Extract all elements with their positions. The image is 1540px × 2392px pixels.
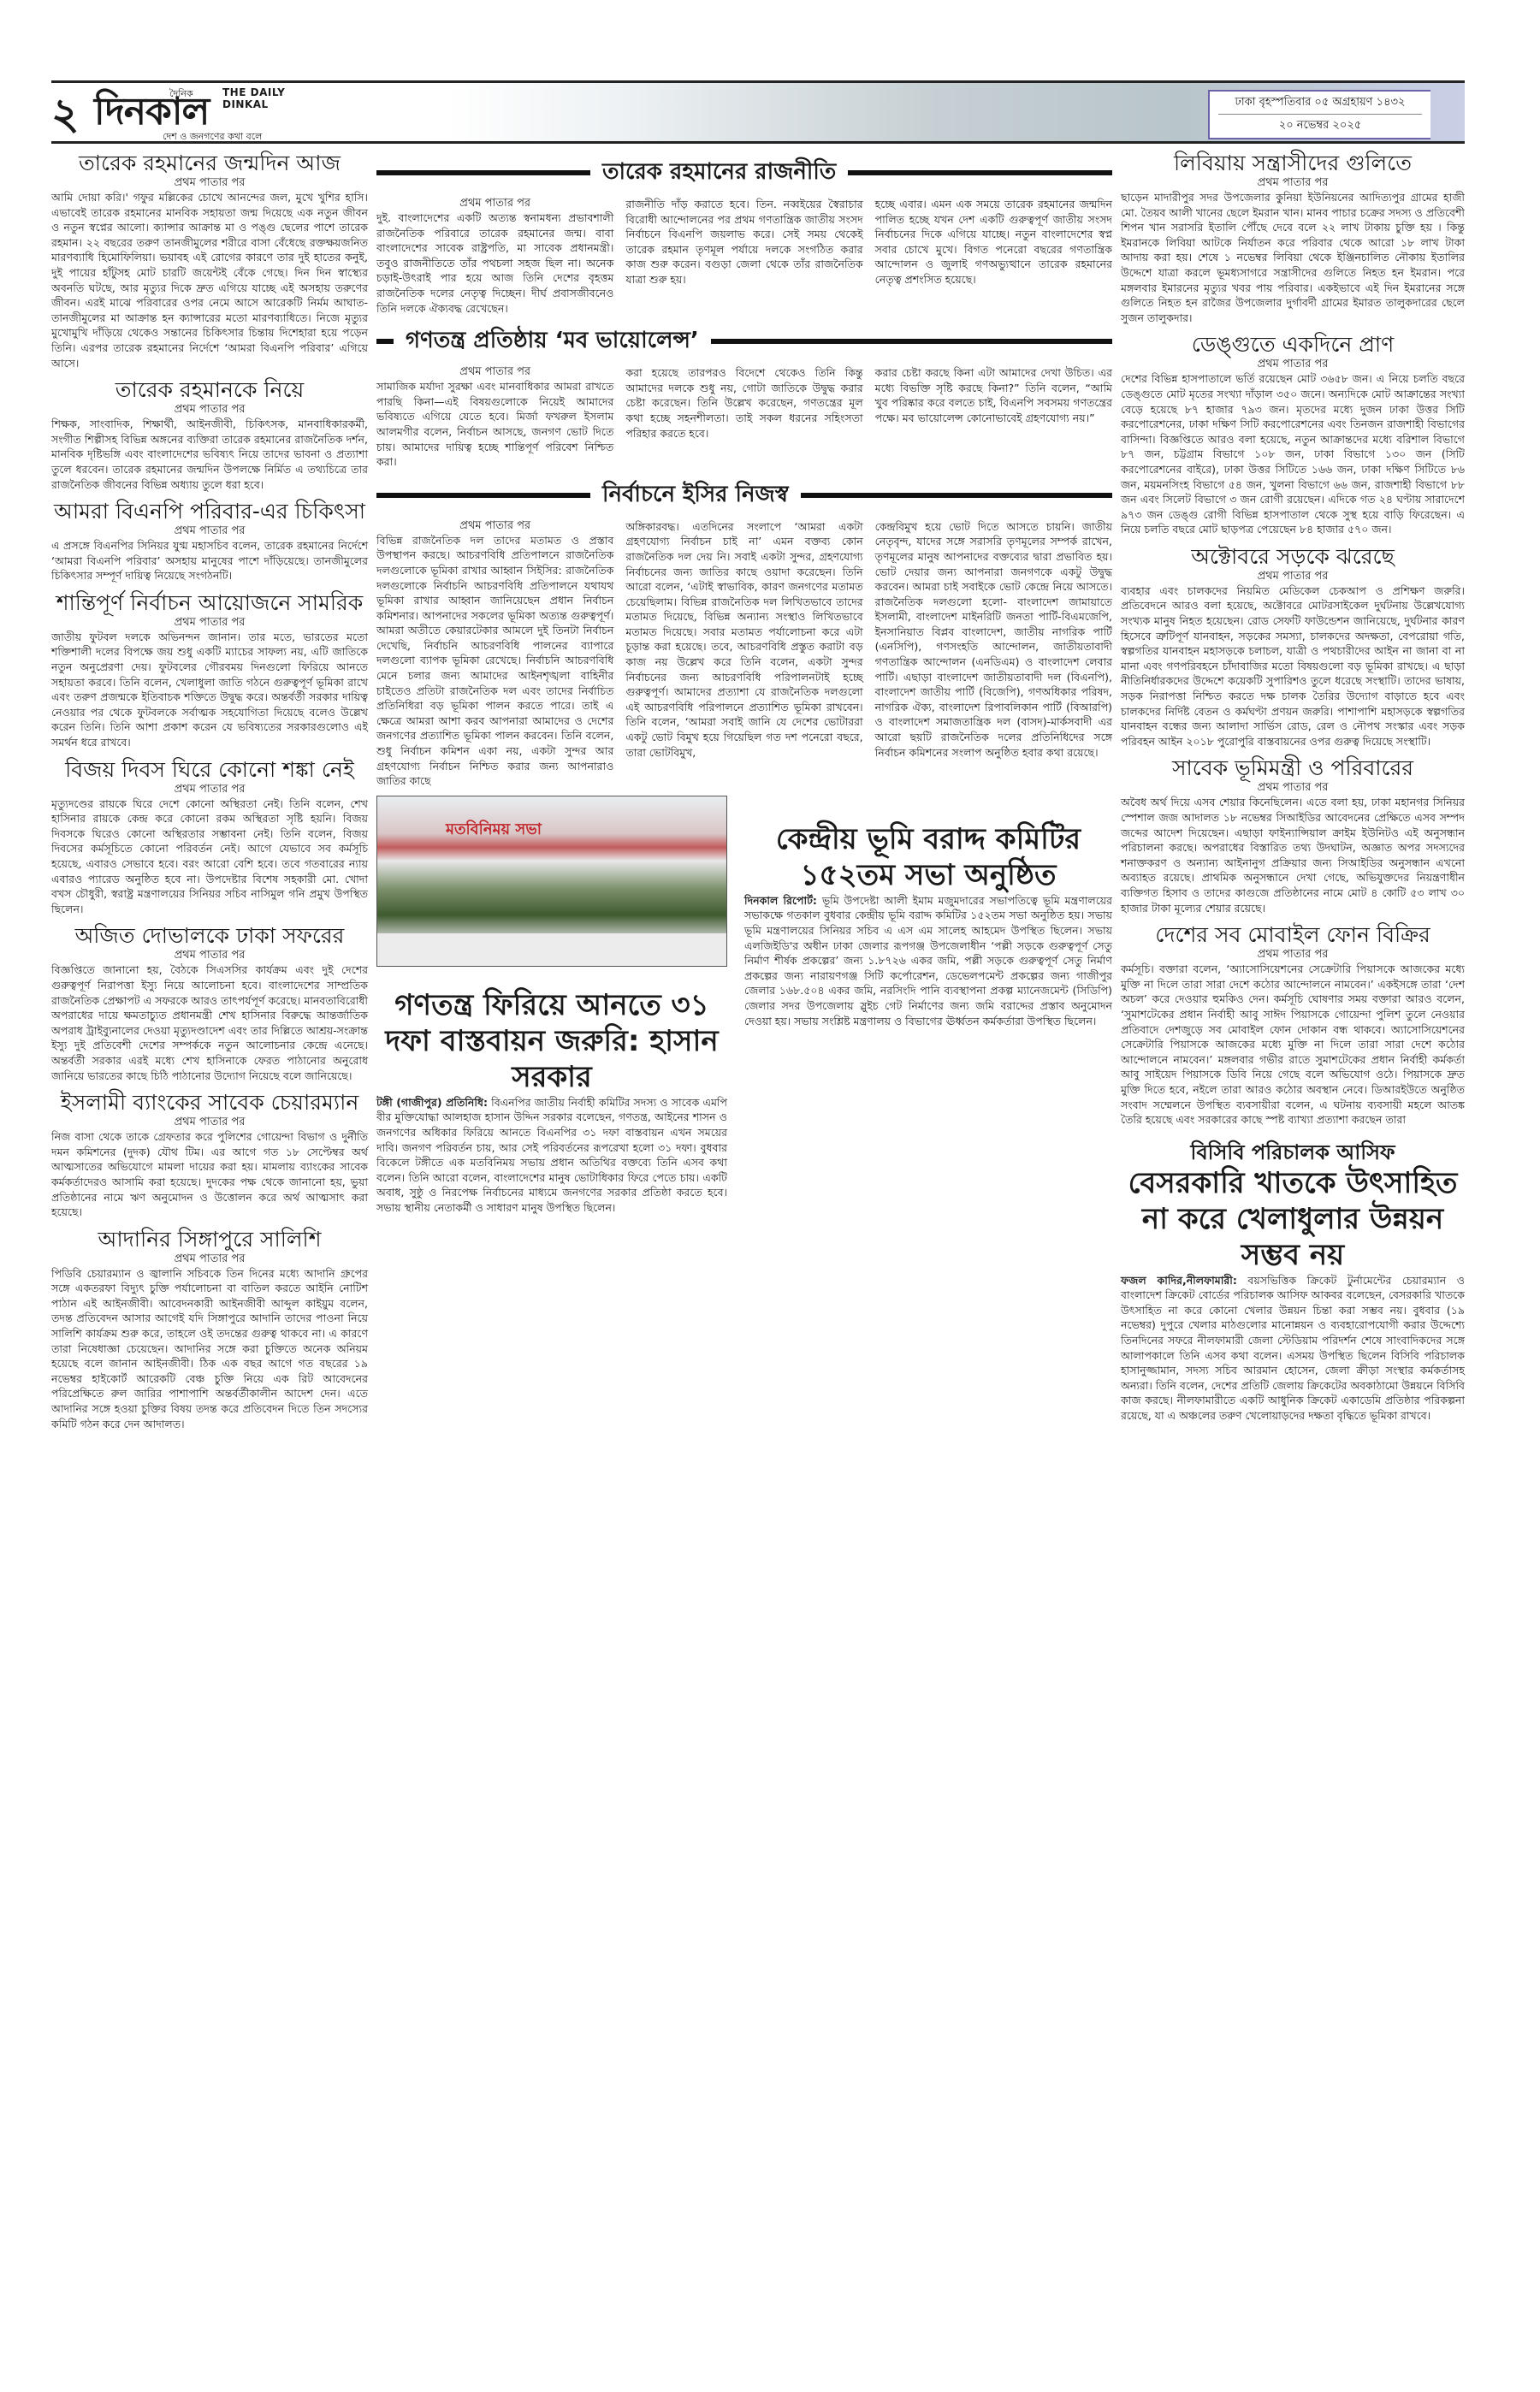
- headline-row: তারেক রহমানের রাজনীতি: [376, 154, 1112, 192]
- story-tarique-documentary: তারেক রহমানকে নিয়ে প্রথম পাতার পর শিক্ষ…: [51, 377, 368, 492]
- logo-english-text: THE DAILY DINKAL: [222, 86, 291, 110]
- newspaper-logo[interactable]: দৈনিক THE DAILY DINKAL দিনকাল দেশ ও জনগণ…: [94, 85, 291, 143]
- column-left: তারেক রহমানের জন্মদিন আজ প্রথম পাতার পর …: [51, 151, 368, 1438]
- story-column: অঙ্গিকারবদ্ধ। এতদিনের সংলাপে ‘আমরা একটা …: [625, 519, 862, 789]
- divider: [801, 493, 1112, 498]
- column-center: তারেক রহমানের রাজনীতি প্রথম পাতার পর দুই…: [376, 151, 1112, 1223]
- story-text: বয়সভিত্তিক ক্রিকেট টুর্নামেন্টের চেয়ার…: [1121, 1274, 1465, 1422]
- jump-label: প্রথম পাতার পর: [51, 524, 368, 538]
- jump-label: প্রথম পাতার পর: [1121, 781, 1465, 795]
- story-body: আমি দোয়া করি।' গফুর মল্লিকের চোখে আনন্দ…: [51, 190, 368, 370]
- column-text: দুই. বাংলাদেশের একটি অত্যন্ত স্বনামধন্য …: [376, 210, 613, 316]
- story-body: পিডিবি চেয়ারম্যান ও জ্বালানি সচিবকে তিন…: [51, 1266, 368, 1432]
- story-body: এ প্রসঙ্গে বিএনপির সিনিয়র যুগ্ম মহাসচিব…: [51, 538, 368, 583]
- masthead: ২ দৈনিক THE DAILY DINKAL দিনকাল দেশ ও জন…: [51, 80, 1465, 144]
- logo-tagline: দেশ ও জনগণের কথা বলে: [163, 129, 262, 145]
- story-column: করার চেষ্টা করছে কিনা এটা আমাদের দেখা উচ…: [875, 365, 1112, 470]
- dateline: টঙ্গী (গাজীপুর) প্রতিনিধি:: [376, 1096, 488, 1109]
- story-body: অবৈধ অর্থ দিয়ে এসব শেয়ার কিনেছিলেন। এত…: [1121, 795, 1465, 915]
- story-body: ব্যবহার এবং চালকদের নিয়মিত মেডিকেল চেকআ…: [1121, 583, 1465, 749]
- story-body: বিজ্ঞপ্তিতে জানানো হয়, বৈঠকে সিএসসির কা…: [51, 962, 368, 1083]
- story-body: মৃত্যুদণ্ডের রায়কে ঘিরে দেশে কোনো অস্থি…: [51, 796, 368, 917]
- story-land-committee: কেন্দ্রীয় ভূমি বরাদ্দ কমিটির ১৫২তম সভা …: [744, 821, 1112, 1216]
- story-body: ছাড়েন মাদারীপুর সদর উপজেলার কুনিয়া ইউন…: [1121, 190, 1465, 325]
- story-tarique-politics: তারেক রহমানের রাজনীতি প্রথম পাতার পর দুই…: [376, 154, 1112, 316]
- headline[interactable]: বিজয় দিবস ঘিরে কোনো শঙ্কা নেই: [51, 757, 368, 783]
- headline[interactable]: আদানির সিঙ্গাপুরে সালিশি: [51, 1227, 368, 1252]
- jump-label: প্রথম পাতার পর: [51, 616, 368, 630]
- story-dengue: ডেঙ্গুতে একদিনে প্রাণ প্রথম পাতার পর দেশ…: [1121, 332, 1465, 537]
- story-bnp-family-treatment: আমরা বিএনপি পরিবার-এর চিকিৎসা প্রথম পাতা…: [51, 499, 368, 583]
- jump-label: প্রথম পাতার পর: [51, 783, 368, 796]
- date-bangla: ঢাকা বৃহস্পতিবার ০৫ অগ্রহায়ণ ১৪৩২: [1218, 92, 1422, 115]
- headline[interactable]: গণতন্ত্র ফিরিয়ে আনতে ৩১ দফা বাস্তবায়ন …: [376, 987, 727, 1095]
- column-right: লিবিয়ায় সন্ত্রাসীদের গুলিতে প্রথম পাতা…: [1121, 151, 1465, 1430]
- logo-main-text: দিনকাল: [94, 92, 209, 133]
- story-column: প্রথম পাতার পর বিভিন্ন রাজনৈতিক দল তাদের…: [376, 519, 613, 789]
- divider: [711, 339, 1112, 344]
- story-text: ভূমি উপদেষ্টা আলী ইমাম মজুমদারের সভাপতিত…: [744, 894, 1112, 1027]
- divider: [376, 493, 590, 498]
- jump-label: প্রথম পাতার পর: [51, 949, 368, 962]
- jump-label: প্রথম পাতার পর: [51, 1116, 368, 1129]
- story-tarique-birthday: তারেক রহমানের জন্মদিন আজ প্রথম পাতার পর …: [51, 151, 368, 370]
- jump-label: প্রথম পাতার পর: [1121, 176, 1465, 190]
- story-body: দেশের বিভিন্ন হাসপাতালে ভর্তি রয়েছেন মো…: [1121, 371, 1465, 537]
- story-ec-own: নির্বাচনে ইসির নিজস্ব প্রথম পাতার পর বিভ…: [376, 477, 1112, 789]
- headline[interactable]: তারেক রহমানের রাজনীতি: [602, 154, 836, 192]
- headline[interactable]: ডেঙ্গুতে একদিনে প্রাণ: [1121, 332, 1465, 358]
- dateline: ফজল কাদির,নীলফামারী:: [1121, 1274, 1237, 1287]
- jump-label: প্রথম পাতার পর: [376, 365, 613, 379]
- story-column: প্রথম পাতার পর সামাজিক মর্যাদা সুরক্ষা এ…: [376, 365, 613, 470]
- headline[interactable]: বেসরকারি খাতকে উৎসাহিত না করে খেলাধুলার …: [1121, 1165, 1465, 1273]
- headline[interactable]: গণতন্ত্র প্রতিষ্ঠায় ‘মব ভায়োলেন্স’: [406, 323, 699, 360]
- story-body: কর্মসূচি। বক্তারা বলেন, ‘অ্যাসোসিয়েশনের…: [1121, 962, 1465, 1128]
- jump-label: প্রথম পাতার পর: [376, 519, 613, 533]
- hasan-sarkar-block: মতবিনিময় সভা গণতন্ত্র ফিরিয়ে আনতে ৩১ দ…: [376, 796, 727, 1223]
- story-mobile-shops: দেশের সব মোবাইল ফোন বিক্রির প্রথম পাতার …: [1121, 922, 1465, 1128]
- story-hasan-sarkar: গণতন্ত্র ফিরিয়ে আনতে ৩১ দফা বাস্তবায়ন …: [376, 987, 727, 1216]
- story-body: নিজ বাসা থেকে তাকে গ্রেফতার করে পুলিশের …: [51, 1129, 368, 1220]
- headline[interactable]: আমরা বিএনপি পরিবার-এর চিকিৎসা: [51, 499, 368, 524]
- story-mob-violence: গণতন্ত্র প্রতিষ্ঠায় ‘মব ভায়োলেন্স’ প্র…: [376, 323, 1112, 470]
- story-bcb-asif: বিসিবি পরিচালক আসিফ বেসরকারি খাতকে উৎসাহ…: [1121, 1140, 1465, 1424]
- headline[interactable]: তারেক রহমানকে নিয়ে: [51, 377, 368, 403]
- story-text: বিএনপির জাতীয় নির্বাহী কমিটির সদস্য ও স…: [376, 1096, 727, 1214]
- story-body: শিক্ষক, সাংবাদিক, শিক্ষার্থী, আইনজীবী, চ…: [51, 417, 368, 492]
- story-road-accidents: অক্টোবরে সড়কে ঝরেছে প্রথম পাতার পর ব্যব…: [1121, 544, 1465, 749]
- headline[interactable]: সাবেক ভূমিমন্ত্রী ও পরিবারের: [1121, 755, 1465, 781]
- page-number: ২: [51, 88, 80, 139]
- headline[interactable]: কেন্দ্রীয় ভূমি বরাদ্দ কমিটির ১৫২তম সভা …: [744, 821, 1112, 893]
- divider: [376, 339, 394, 344]
- headline[interactable]: তারেক রহমানের জন্মদিন আজ: [51, 151, 368, 176]
- story-body: টঙ্গী (গাজীপুর) প্রতিনিধি: বিএনপির জাতীয…: [376, 1095, 727, 1216]
- jump-label: প্রথম পাতার পর: [376, 197, 613, 210]
- divider: [848, 170, 1112, 175]
- story-column: প্রথম পাতার পর দুই. বাংলাদেশের একটি অত্য…: [376, 197, 613, 316]
- story-islami-bank: ইসলামী ব্যাংকের সাবেক চেয়ারম্যান প্রথম …: [51, 1090, 368, 1220]
- kicker: বিসিবি পরিচালক আসিফ: [1121, 1140, 1465, 1165]
- news-photo[interactable]: মতবিনিময় সভা: [376, 796, 727, 967]
- jump-label: প্রথম পাতার পর: [1121, 570, 1465, 583]
- date-box: ঢাকা বৃহস্পতিবার ০৫ অগ্রহায়ণ ১৪৩২ ২০ নভ…: [1208, 90, 1430, 139]
- headline[interactable]: নির্বাচনে ইসির নিজস্ব: [602, 477, 789, 514]
- story-column: কেন্দ্রবিমুখ হয়ে ভোট দিতে আসতে চায়নি। …: [875, 519, 1112, 789]
- date-gregorian: ২০ নভেম্বর ২০২৫: [1210, 115, 1430, 137]
- story-body: ফজল কাদির,নীলফামারী: বয়সভিত্তিক ক্রিকেট…: [1121, 1273, 1465, 1424]
- column-text: বিভিন্ন রাজনৈতিক দল তাদের মতামত ও প্রস্ত…: [376, 533, 613, 789]
- jump-label: প্রথম পাতার পর: [1121, 358, 1465, 371]
- story-adani-arbitration: আদানির সিঙ্গাপুরে সালিশি প্রথম পাতার পর …: [51, 1227, 368, 1432]
- photo-banner-text: মতবিনিময় সভা: [446, 817, 542, 844]
- headline[interactable]: ইসলামী ব্যাংকের সাবেক চেয়ারম্যান: [51, 1090, 368, 1116]
- story-former-land-minister: সাবেক ভূমিমন্ত্রী ও পরিবারের প্রথম পাতার…: [1121, 755, 1465, 915]
- dateline: দিনকাল রিপোর্ট:: [744, 894, 817, 907]
- headline[interactable]: দেশের সব মোবাইল ফোন বিক্রির: [1121, 922, 1465, 948]
- jump-label: প্রথম পাতার পর: [51, 176, 368, 190]
- story-libya: লিবিয়ায় সন্ত্রাসীদের গুলিতে প্রথম পাতা…: [1121, 151, 1465, 325]
- headline-row: গণতন্ত্র প্রতিষ্ঠায় ‘মব ভায়োলেন্স’: [376, 323, 1112, 360]
- lower-center: মতবিনিময় সভা গণতন্ত্র ফিরিয়ে আনতে ৩১ দ…: [376, 796, 1112, 1223]
- headline[interactable]: লিবিয়ায় সন্ত্রাসীদের গুলিতে: [1121, 151, 1465, 176]
- story-victory-day: বিজয় দিবস ঘিরে কোনো শঙ্কা নেই প্রথম পাত…: [51, 757, 368, 917]
- headline[interactable]: অজিত দোভালকে ঢাকা সফরের: [51, 923, 368, 949]
- jump-label: প্রথম পাতার পর: [51, 403, 368, 417]
- story-column: রাজনীতি দাঁড় করাতে হবে। তিন. নব্বইয়ের …: [625, 197, 862, 316]
- jump-label: প্রথম পাতার পর: [1121, 948, 1465, 962]
- jump-label: প্রথম পাতার পর: [51, 1252, 368, 1266]
- newspaper-page: ২ দৈনিক THE DAILY DINKAL দিনকাল দেশ ও জন…: [51, 68, 1465, 2378]
- headline-row: নির্বাচনে ইসির নিজস্ব: [376, 477, 1112, 514]
- story-peaceful-election-military: শান্তিপূর্ণ নির্বাচন আয়োজনে সামরিক প্রথ…: [51, 590, 368, 750]
- headline[interactable]: অক্টোবরে সড়কে ঝরেছে: [1121, 544, 1465, 570]
- divider: [376, 170, 590, 175]
- story-column: হচ্ছে এবার। এমন এক সময়ে তারেক রহমানের জ…: [875, 197, 1112, 316]
- column-text: সামাজিক মর্যাদা সুরক্ষা এবং মানবাধিকার আ…: [376, 379, 613, 470]
- story-ajit-doval: অজিত দোভালকে ঢাকা সফরের প্রথম পাতার পর ব…: [51, 923, 368, 1083]
- story-column: করা হয়েছে তারপরও বিদেশে থেকেও তিনি কিন্…: [625, 365, 862, 470]
- photo-table: [377, 933, 726, 966]
- headline[interactable]: শান্তিপূর্ণ নির্বাচন আয়োজনে সামরিক: [51, 590, 368, 616]
- story-body: দিনকাল রিপোর্ট: ভূমি উপদেষ্টা আলী ইমাম ম…: [744, 893, 1112, 1028]
- story-body: জাতীয় ফুটবল দলকে অভিনন্দন জানান। তার মত…: [51, 630, 368, 750]
